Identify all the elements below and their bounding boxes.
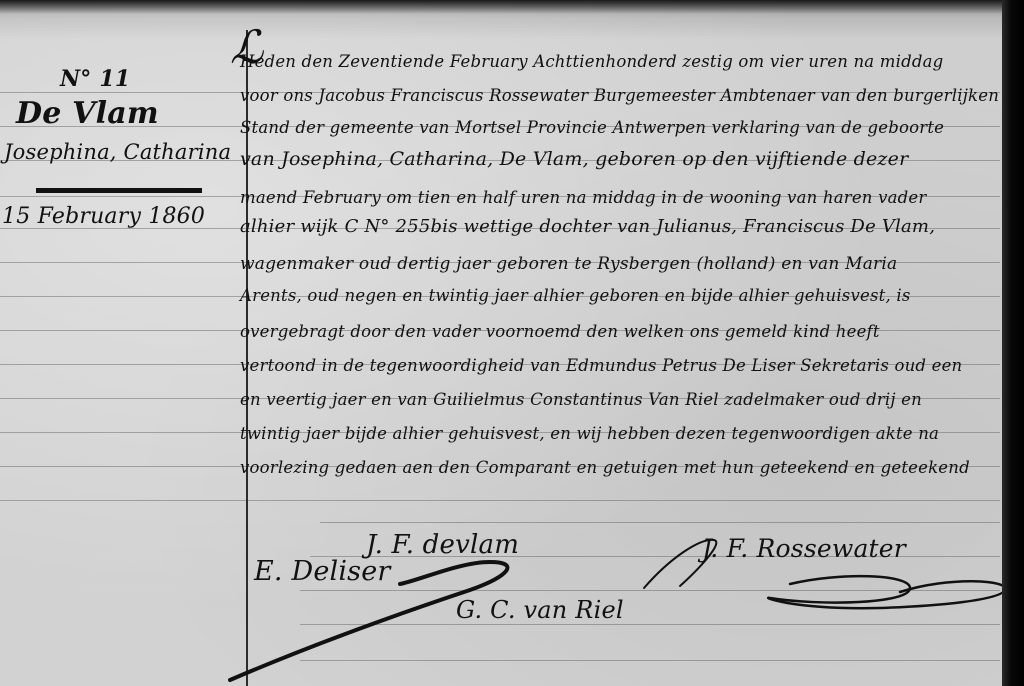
body-line-8: Arents, oud negen en twintig jaer alhier… [240, 286, 910, 305]
body-line-3: Stand der gemeente van Mortsel Provincie… [240, 118, 944, 137]
body-line-9: overgebragt door den vader voornoemd den… [240, 322, 880, 341]
body-line-5: maend February om tien en half uren na m… [240, 188, 926, 207]
body-line-10: vertoond in de tegenwoordigheid van Edmu… [240, 356, 962, 375]
register-page: N° 11 De Vlam Josephina, Catharina 15 Fe… [0, 0, 1002, 686]
body-line-1: Heden den Zeventiende February Achttienh… [240, 52, 943, 71]
margin-surname: De Vlam [16, 96, 159, 131]
signature-flourish-left [220, 540, 540, 686]
signature-flourish-mayor-lead [640, 528, 730, 608]
signature-mayor: J. F. Rossewater [702, 534, 906, 563]
book-binding-edge [1002, 0, 1024, 686]
margin-divider-bar [36, 188, 202, 193]
body-line-7: wagenmaker oud dertig jaer geboren te Ry… [240, 254, 897, 274]
body-line-6: alhier wijk C N° 255bis wettige dochter … [240, 216, 935, 237]
ruled-line [320, 522, 1000, 523]
entry-number: N° 11 [60, 66, 130, 92]
page-top-shadow [0, 0, 1002, 14]
ruled-line [0, 500, 1000, 501]
body-line-12: twintig jaer bijde alhier gehuisvest, en… [240, 424, 939, 443]
body-line-11: en veertig jaer en van Guilielmus Consta… [240, 390, 922, 409]
body-line-13: voorlezing gedaen aen den Comparant en g… [240, 458, 970, 477]
margin-date: 15 February 1860 [2, 204, 205, 229]
signature-flourish-right [760, 570, 1020, 630]
margin-given-names: Josephina, Catharina [4, 140, 231, 164]
body-line-2: voor ons Jacobus Franciscus Rossewater B… [240, 86, 999, 105]
body-line-4: van Josephina, Catharina, De Vlam, gebor… [240, 148, 908, 170]
